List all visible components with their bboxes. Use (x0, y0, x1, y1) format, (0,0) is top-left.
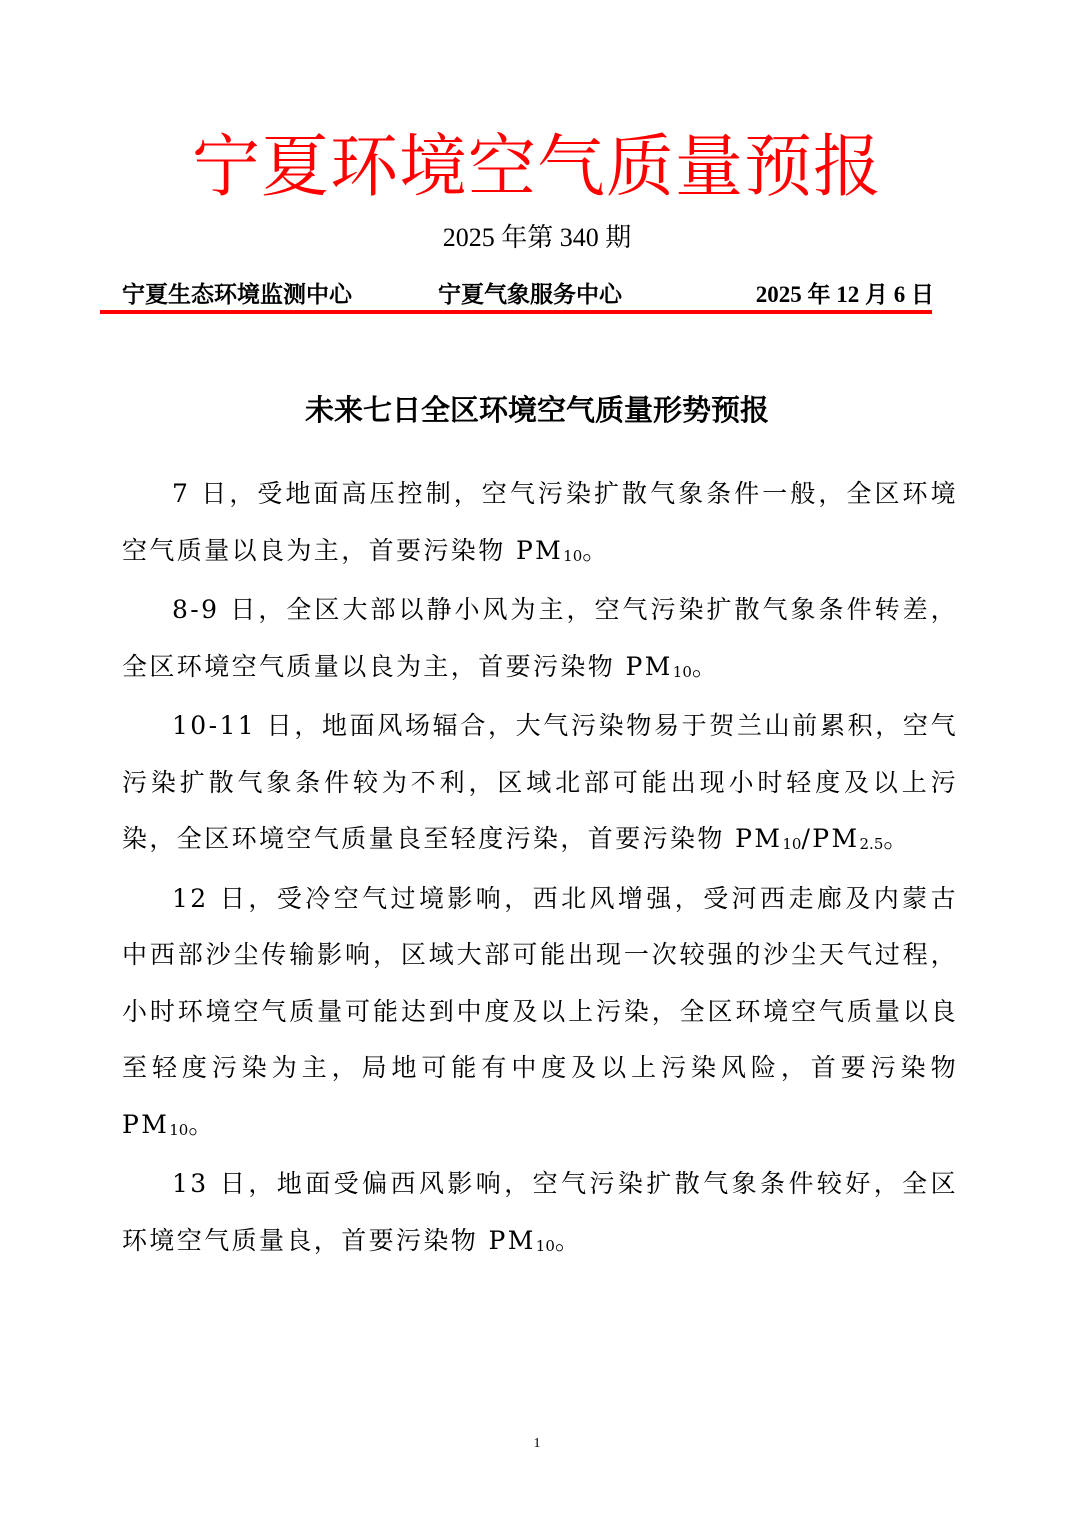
paragraph-day-8-9: 8-9 日，全区大部以静小风为主，空气污染扩散气象条件转差，全区环境空气质量以良… (122, 582, 958, 698)
article-title: 未来七日全区环境空气质量形势预报 (0, 388, 1074, 432)
paragraph-day-13: 13 日，地面受偏西风影响，空气污染扩散气象条件较好，全区环境空气质量良，首要污… (122, 1156, 958, 1272)
page-number: 1 (0, 1436, 1074, 1452)
publisher-row: 宁夏生态环境监测中心 宁夏气象服务中心 2025 年 12 月 6 日 (122, 278, 934, 312)
paragraph-day-12: 12 日，受冷空气过境影响，西北风增强，受河西走廊及内蒙古中西部沙尘传输影响，区… (122, 871, 958, 1157)
article-body: 7 日，受地面高压控制，空气污染扩散气象条件一般，全区环境空气质量以良为主，首要… (122, 466, 958, 1272)
paragraph-day-10-11: 10-11 日，地面风场辐合，大气污染物易于贺兰山前累积，空气污染扩散气象条件较… (122, 698, 958, 871)
org-weather-center: 宁夏气象服务中心 (438, 278, 622, 312)
masthead-title: 宁夏环境空气质量预报 (0, 128, 1074, 208)
issue-number: 2025 年第 340 期 (0, 220, 1074, 256)
paragraph-day-7: 7 日，受地面高压控制，空气污染扩散气象条件一般，全区环境空气质量以良为主，首要… (122, 466, 958, 582)
publish-date: 2025 年 12 月 6 日 (756, 278, 934, 312)
red-divider (100, 310, 932, 314)
org-monitoring-center: 宁夏生态环境监测中心 (122, 278, 352, 312)
